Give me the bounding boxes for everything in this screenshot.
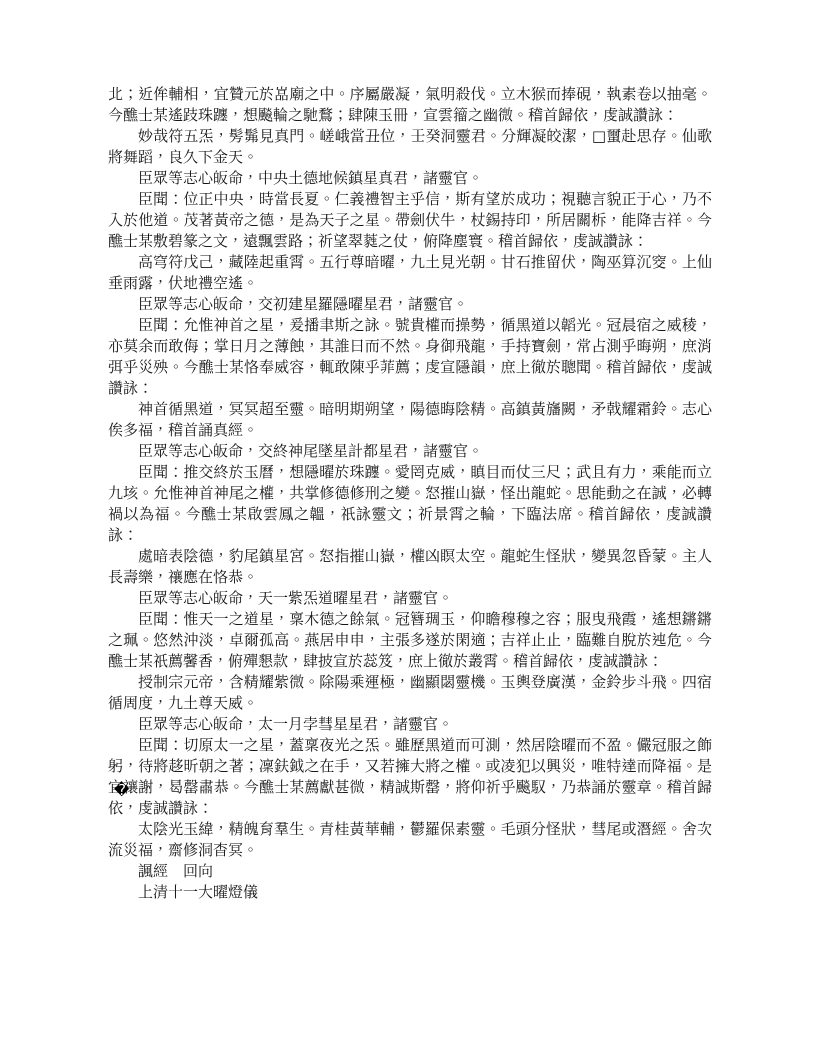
paragraph: 臣聞：推交終於玉曆，想隱曜於珠躔。愛罔克威，瞋目而仗三尺；武且有力，乘能而立九垓… bbox=[108, 462, 712, 546]
paragraph: 上清十一大曜燈儀 bbox=[108, 882, 712, 903]
paragraph: 臣眾等志心皈命，天一紫炁道曜星君，諸靈官。 bbox=[108, 588, 712, 609]
paragraph: 臣聞：切原太一之星，蓋稟夜光之炁。雖歷黑道而可測，然居陰曜而不盈。儼冠服之飾躬，… bbox=[108, 735, 712, 819]
replacement-character-glyph: � bbox=[114, 780, 129, 801]
paragraph: 妙哉符五炁，髣髴見真門。嵯峨當丑位，壬癸洞靈君。分輝凝皎潔，□蠒赴思存。仙歌將舞… bbox=[108, 126, 712, 168]
document-page: 北；近侔輔相，宜贊元於嵓廟之中。序屬嚴凝，氣明殺伐。立木猴而捧硯，執素卷以抽毫。… bbox=[0, 0, 816, 1056]
paragraph: 諷經 回向 bbox=[108, 861, 712, 882]
paragraph: 臣眾等志心皈命，交初建星羅隱曜星君，諸靈官。 bbox=[108, 294, 712, 315]
paragraph: 臣聞：惟天一之道星，稟木德之餘氣。冠簪琱玉，仰瞻穆穆之容；服曳飛霞，遙想鏘鏘之珮… bbox=[108, 609, 712, 672]
paragraph: 臣眾等志心皈命，太一月孛彗星星君，諸靈官。 bbox=[108, 714, 712, 735]
document-body: 北；近侔輔相，宜贊元於嵓廟之中。序屬嚴凝，氣明殺伐。立木猴而捧硯，執素卷以抽毫。… bbox=[108, 84, 712, 903]
paragraph: 處暗表陰德，豹尾鎮星宮。怒指摧山嶽，權凶瞑太空。龍蛇生怪狀，變異忽昏蒙。主人長壽… bbox=[108, 546, 712, 588]
paragraph: 臣聞：位正中央，時當長夏。仁義禮智主乎信，斯有望於成功；視聽言貌正于心，乃不入於… bbox=[108, 189, 712, 252]
paragraph: 北；近侔輔相，宜贊元於嵓廟之中。序屬嚴凝，氣明殺伐。立木猴而捧硯，執素卷以抽毫。… bbox=[108, 84, 712, 126]
paragraph: 臣聞：允惟神首之星，爰播聿斯之詠。號貴權而操勢，循黑道以韜光。冠晨宿之威稜，亦莫… bbox=[108, 315, 712, 399]
paragraph: 授制宗元帝，含精耀紫微。除陽乘運極，幽顯閟靈機。玉輿登廣漢，金鈴步斗飛。四宿循周… bbox=[108, 672, 712, 714]
paragraph: 高穹符戊己，藏陸起重霄。五行尊暗曜，九土見光朝。甘石推留伏，陶巫算沉窔。上仙垂雨… bbox=[108, 252, 712, 294]
paragraph: 神首循黑道，冥冥超至靈。暗明期朔望，陽德晦陰精。高鎮黃旛闕，矛戟耀霜鈴。志心俟多… bbox=[108, 399, 712, 441]
paragraph: 臣眾等志心皈命，中央土德地候鎮星真君，諸靈官。 bbox=[108, 168, 712, 189]
paragraph: 臣眾等志心皈命，交終神尾墜星計都星君，諸靈官。 bbox=[108, 441, 712, 462]
paragraph: 太陰光玉緯，精魄育羣生。青桂黃華輔，鬱羅保素靈。毛頭分怪狀，彗尾或潛經。舍次流災… bbox=[108, 819, 712, 861]
